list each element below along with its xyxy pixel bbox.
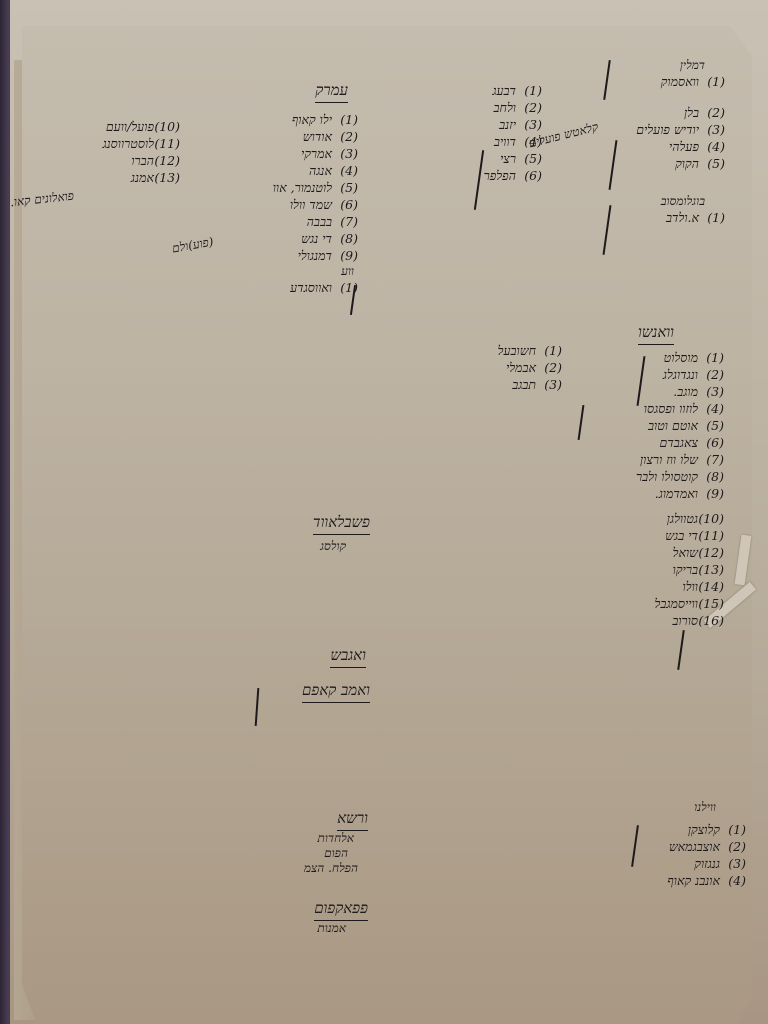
list-item: (3)מוגב. (574, 383, 724, 400)
block-bottom-center: ורשא אלחדות הפום הפלח. הצמ פפאקפום אמנות (262, 808, 372, 936)
list-item: (4)אונבנ קאוף (618, 872, 746, 889)
block-middle-center: (1)חשובעל (2)אבמלי (3)תבגב (462, 342, 562, 393)
block-line: אמנות (262, 921, 346, 936)
list-item: (8)קוטסולו ולבר (574, 468, 724, 485)
list-item: (4)אנגה (240, 162, 358, 179)
list-item: (6)שמד וולו (240, 196, 358, 213)
list-item: (4)לוזוו ופסגסו (574, 400, 724, 417)
list-item: (5)רצי (460, 150, 542, 167)
block-line: ואמב קאפם (302, 681, 370, 703)
list-item: (1)ואווסגדע (240, 279, 358, 296)
list-item: (1)וואסמוק (600, 73, 725, 90)
list-item: (3)גנגזוק (618, 855, 746, 872)
list-item: (6)צאגבדם (574, 434, 724, 451)
list-item: (8)די נגש (240, 230, 358, 247)
block-line: קולסג (270, 539, 346, 554)
list-item: (16)סורוב (574, 612, 724, 629)
list-item: (14)וולו (574, 578, 724, 595)
list-item: (7)שלו ווז ורצון (574, 451, 724, 468)
list-item: (7)בבבה (240, 213, 358, 230)
list-item: (3)יודיש פועלים (600, 121, 725, 138)
block-line: הפום (262, 846, 348, 861)
list-item: (10)פועל/וועם (40, 118, 180, 135)
block-top-center: (1)דבעג (2)ולחב (3)יזנב (4)דוויב (5)רצי … (460, 82, 542, 184)
block-heading: פשבלאווד (313, 513, 370, 535)
list-item: (2)אודוש (240, 128, 358, 145)
list-item: (2)אבמלי (462, 359, 562, 376)
block-bottom-right: ווילנו (1)קלוצקן (2)אוצבגמאש (3)גנגזוק (… (618, 800, 746, 889)
list-item: (10)גטוולגן (574, 510, 724, 527)
list-item: (15)ווייסמגבל (574, 595, 724, 612)
list-item: (13)אמנג (40, 169, 180, 186)
list-item: (5)לוטנמור, אוו (240, 179, 358, 196)
list-item: (5)אוטם וטוב (574, 417, 724, 434)
list-item: (12)שואל (574, 544, 724, 561)
list-item: (3)אמרקי (240, 145, 358, 162)
list-item: (11)לוסטרווסנג (40, 135, 180, 152)
list-item: (6)הפלפר (460, 167, 542, 184)
list-item: (4)דוויב (460, 133, 542, 150)
block-heading: עמרק (315, 81, 348, 103)
block-center-b: ואגבש ואמב קאפם (252, 645, 370, 703)
list-item: (2)ונגדוגלג (574, 366, 724, 383)
list-item: (13)בריקו (574, 561, 724, 578)
block-center-a: פשבלאווד קולסג (270, 512, 370, 554)
block-line: אלחדות (262, 831, 354, 846)
block-line: הפלח. הצמ (262, 861, 358, 876)
list-item: (12)הברו (40, 152, 180, 169)
list-item: (9)ואמדמוג. (574, 485, 724, 502)
block-heading: דמלין (600, 58, 705, 73)
block-subheading: בוגלומסוב (600, 194, 705, 209)
list-item: (2)אוצבגמאש (618, 838, 746, 855)
block-heading: פפאקפום (314, 899, 368, 921)
block-subheading: ווע (240, 264, 354, 279)
block-heading: וואנשו (638, 323, 674, 345)
list-item: (4)פעלהי (600, 138, 725, 155)
list-item: (2)בלן (600, 104, 725, 121)
list-item: (1)חשובעל (462, 342, 562, 359)
block-heading: ווילנו (618, 800, 716, 815)
list-item: (1)מוסלוט (574, 349, 724, 366)
block-top-right: דמלין (1)וואסמוק (2)בלן (3)יודיש פועלים … (600, 58, 725, 226)
block-right-column: וואנשו (1)מוסלוט (2)ונגדוגלג (3)מוגב. (4… (574, 322, 724, 629)
list-item: (1)א.ולדב (600, 209, 725, 226)
list-item: (9)דמנגולי (240, 247, 358, 264)
list-item: (3)יזנב (460, 116, 542, 133)
list-item: (1)ילו קאוף (240, 111, 358, 128)
list-item: (2)ולחב (460, 99, 542, 116)
block-heading: ורשא (337, 809, 368, 831)
block-top-left: (10)פועל/וועם (11)לוסטרווסנג (12)הברו (1… (40, 118, 180, 186)
list-item: (3)תבגב (462, 376, 562, 393)
list-item: (5)הקוק (600, 155, 725, 172)
list-item: (1)דבעג (460, 82, 542, 99)
block-top-middle: עמרק (1)ילו קאוף (2)אודוש (3)אמרקי (4)אנ… (240, 80, 358, 296)
list-item: (11)די בגש (574, 527, 724, 544)
block-heading: ואגבש (330, 646, 366, 668)
